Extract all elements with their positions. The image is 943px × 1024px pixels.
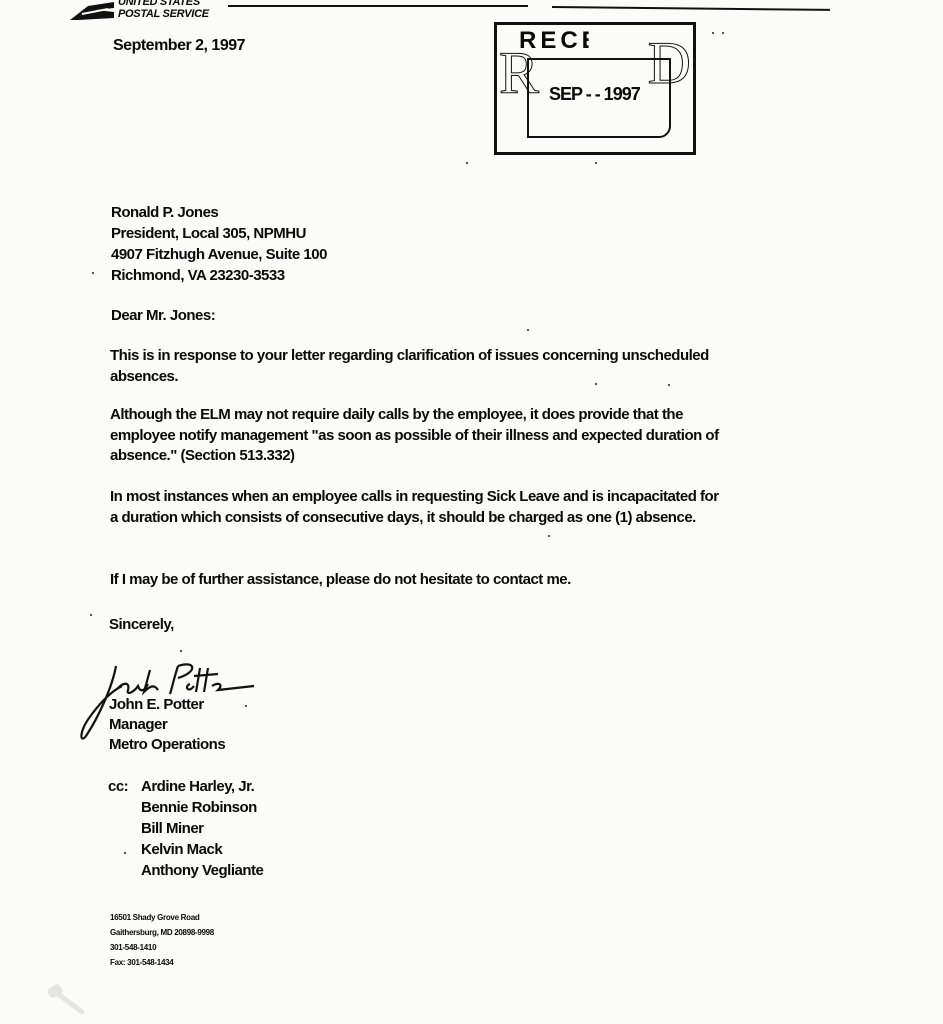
cc-list: Ardine Harley, Jr. Bennie Robinson Bill … — [141, 776, 263, 881]
hammer-watermark-icon — [44, 980, 88, 1016]
scan-speck — [466, 162, 468, 164]
footer-line: Gaithersburg, MD 20898-9998 — [110, 925, 214, 940]
org-name: UNITED STATES POSTAL SERVICE — [118, 0, 209, 20]
recipient-street: 4907 Fitzhugh Avenue, Suite 100 — [111, 244, 327, 265]
eagle-logo-icon — [68, 0, 116, 22]
scan-speck — [92, 272, 94, 274]
stamp-date: SEP - - 1997 — [549, 84, 640, 105]
letter-date: September 2, 1997 — [113, 37, 245, 55]
recipient-address: Ronald P. Jones President, Local 305, NP… — [111, 202, 327, 286]
signer-name: John E. Potter — [109, 695, 225, 715]
org-line-2: POSTAL SERVICE — [118, 8, 209, 20]
recipient-name: Ronald P. Jones — [111, 202, 327, 223]
scan-speck — [595, 162, 597, 164]
cc-recipient: Kelvin Mack — [141, 839, 263, 860]
salutation: Dear Mr. Jones: — [111, 307, 215, 324]
footer-line: 16501 Shady Grove Road — [110, 910, 214, 925]
org-line-1: UNITED STATES — [118, 0, 209, 8]
body-paragraph: Although the ELM may not require daily c… — [110, 405, 720, 467]
signer-block: John E. Potter Manager Metro Operations — [109, 695, 225, 755]
cc-label: cc: — [108, 776, 141, 881]
cc-recipient: Bennie Robinson — [141, 797, 263, 818]
body-paragraph: This is in response to your letter regar… — [110, 346, 720, 387]
header-rule — [228, 5, 528, 7]
recipient-title: President, Local 305, NPMHU — [111, 223, 327, 244]
letter-page: UNITED STATES POSTAL SERVICE September 2… — [0, 0, 943, 1024]
header-rule-right — [552, 6, 830, 11]
closing: Sincerely, — [109, 616, 174, 633]
footer-line: 301-548-1410 — [110, 940, 214, 955]
scan-speck — [90, 614, 92, 616]
cc-recipient: Anthony Vegliante — [141, 860, 263, 881]
scan-speck — [245, 705, 247, 707]
recipient-city: Richmond, VA 23230-3533 — [111, 265, 327, 286]
body-paragraph: If I may be of further assistance, pleas… — [110, 570, 720, 591]
scan-speck — [712, 32, 714, 34]
scan-speck — [595, 383, 597, 385]
scan-speck — [548, 535, 550, 537]
scan-speck — [722, 32, 724, 34]
footer-line: Fax: 301-548-1434 — [110, 955, 214, 970]
signer-department: Metro Operations — [109, 735, 225, 755]
body-paragraph: In most instances when an employee calls… — [110, 487, 720, 528]
scan-speck — [668, 384, 670, 386]
scan-speck — [124, 852, 126, 854]
received-stamp: R D RECEIVED SEP - - 1997 — [494, 22, 696, 155]
cc-recipient: Ardine Harley, Jr. — [141, 776, 263, 797]
scan-speck — [527, 329, 529, 331]
scan-speck — [180, 650, 182, 652]
cc-block: cc: Ardine Harley, Jr. Bennie Robinson B… — [108, 776, 263, 881]
footer-address: 16501 Shady Grove Road Gaithersburg, MD … — [110, 910, 214, 970]
signer-title: Manager — [109, 715, 225, 735]
stamp-date-box: SEP - - 1997 — [527, 58, 671, 138]
cc-recipient: Bill Miner — [141, 818, 263, 839]
